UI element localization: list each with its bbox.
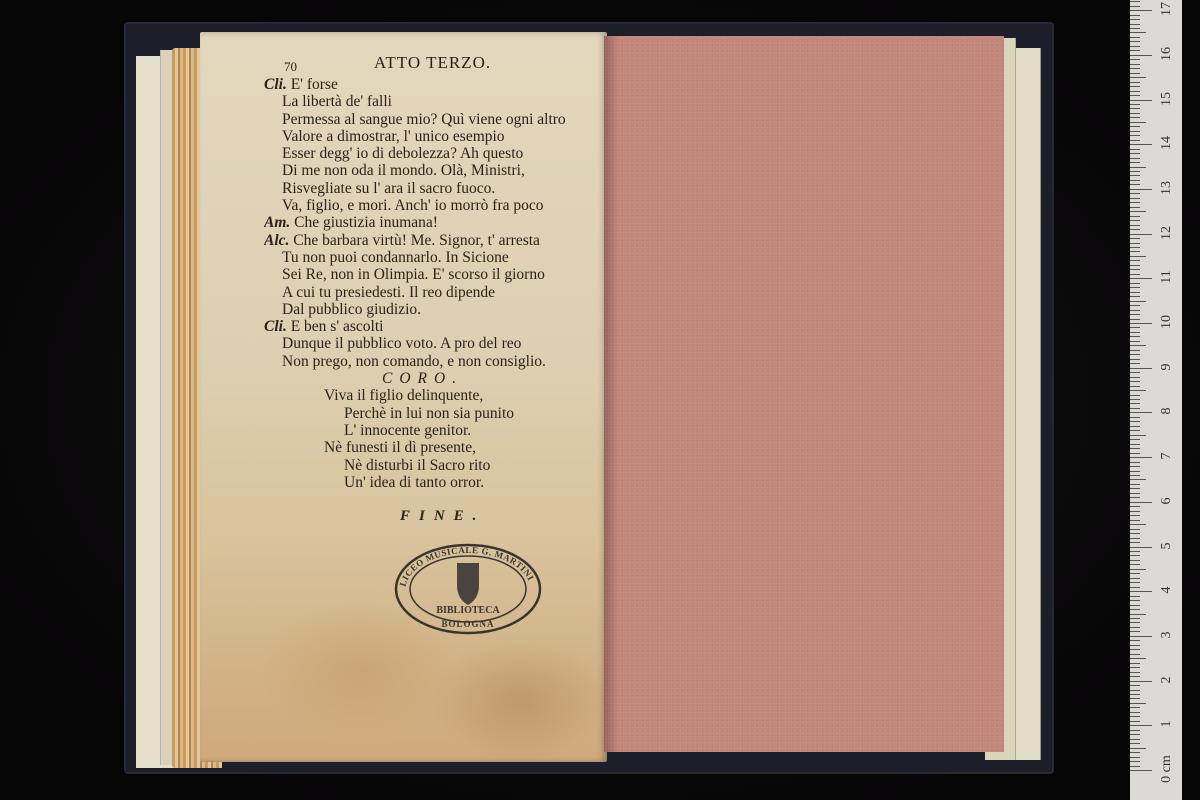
line-text: Tu non puoi condannarlo. In Sicione: [282, 249, 509, 266]
chorus-line: Viva il figlio delinquente,: [264, 387, 608, 404]
ruler-tick: [1130, 497, 1140, 498]
water-stain: [430, 640, 610, 760]
page-text: 70 ATTO TERZO. Cli. E' forseLa libertà d…: [264, 56, 608, 491]
ruler-label: 8: [1159, 396, 1175, 426]
line-text: Di me non oda il mondo. Olà, Ministri,: [282, 162, 525, 179]
ruler-tick: [1130, 15, 1140, 16]
ruler-label: 3: [1159, 620, 1175, 650]
ruler-tick: [1130, 685, 1140, 686]
scale-ruler: 0 cm1234567891011121314151617: [1130, 0, 1182, 800]
line-text: Sei Re, non in Olimpia. E' scorso il gio…: [282, 266, 545, 283]
ruler-tick: [1130, 278, 1152, 279]
ruler-tick: [1130, 305, 1140, 306]
ruler-label: 11: [1159, 262, 1175, 292]
ruler-tick: [1130, 24, 1140, 25]
text-line: Dunque il pubblico voto. A pro del reo: [264, 335, 608, 352]
chorus-line: Perchè in lui non sia punito: [264, 405, 608, 422]
ruler-tick: [1130, 269, 1140, 270]
ruler-tick: [1130, 6, 1140, 7]
text-line: Valore a dimostrar, l' unico esempio: [264, 128, 608, 145]
ruler-tick: [1130, 622, 1140, 623]
ruler-tick: [1130, 600, 1140, 601]
text-line: Di me non oda il mondo. Olà, Ministri,: [264, 162, 608, 179]
ruler-tick: [1130, 698, 1140, 699]
ruler-label: 1: [1159, 709, 1175, 739]
ruler-tick: [1130, 260, 1140, 261]
ruler-tick: [1130, 524, 1146, 525]
ruler-tick: [1130, 739, 1140, 740]
line-text: Esser degg' io di debolezza? Ah questo: [282, 145, 523, 162]
ruler-tick: [1130, 135, 1140, 136]
text-line: Tu non puoi condannarlo. In Sicione: [264, 249, 608, 266]
ruler-tick: [1130, 198, 1140, 199]
ruler-tick: [1130, 430, 1140, 431]
ruler-tick: [1130, 153, 1140, 154]
chorus-heading: CORO.: [264, 370, 608, 387]
line-text: Risvegliate su l' ara il sacro fuoco.: [282, 180, 495, 197]
ruler-tick: [1130, 462, 1140, 463]
ruler-tick: [1130, 488, 1140, 489]
speaker-label: Alc.: [264, 232, 289, 249]
ruler-tick: [1130, 569, 1146, 570]
ruler-tick: [1130, 703, 1146, 704]
chorus-line: Nè disturbi il Sacro rito: [264, 457, 608, 474]
ruler-label: 9: [1159, 352, 1175, 382]
ruler-tick: [1130, 663, 1140, 664]
pink-endpaper: [604, 36, 1004, 752]
text-line: A cui tu presiedesti. Il reo dipende: [264, 284, 608, 301]
line-text: Dal pubblico giudizio.: [282, 301, 421, 318]
ruler-tick: [1130, 560, 1140, 561]
ruler-tick: [1130, 654, 1140, 655]
ruler-tick: [1130, 207, 1140, 208]
ruler-tick: [1130, 381, 1140, 382]
ruler-tick: [1130, 752, 1140, 753]
ruler-label: 6: [1159, 486, 1175, 516]
ruler-tick: [1130, 283, 1140, 284]
ruler-tick: [1130, 551, 1140, 552]
svg-text:BIBLIOTECA: BIBLIOTECA: [436, 605, 500, 616]
end-mark: FINE.: [400, 508, 485, 525]
ruler-tick: [1130, 131, 1140, 132]
page-number: 70: [284, 58, 297, 75]
ruler-tick: [1130, 234, 1152, 235]
ruler-tick: [1130, 216, 1140, 217]
text-line: Alc. Che barbara virtù! Me. Signor, t' a…: [264, 232, 608, 249]
ruler-tick: [1130, 59, 1140, 60]
dialogue-lines: Cli. E' forseLa libertà de' falliPermess…: [264, 76, 608, 370]
ruler-tick: [1130, 287, 1140, 288]
ruler-tick: [1130, 372, 1140, 373]
ruler-tick: [1130, 766, 1140, 767]
line-text: Permessa al sangue mio? Quì viene ogni a…: [282, 111, 566, 128]
line-text: Che barbara virtù! Me. Signor, t' arrest…: [289, 232, 540, 249]
ruler-tick: [1130, 336, 1140, 337]
ruler-tick: [1130, 520, 1140, 521]
text-line: Risvegliate su l' ara il sacro fuoco.: [264, 180, 608, 197]
ruler-tick: [1130, 707, 1140, 708]
ruler-tick: [1130, 676, 1140, 677]
ruler-tick: [1130, 225, 1140, 226]
ruler-tick: [1130, 506, 1140, 507]
text-line: Non prego, non comando, e non consiglio.: [264, 353, 608, 370]
ruler-tick: [1130, 640, 1140, 641]
ruler-tick: [1130, 578, 1140, 579]
ruler-tick: [1130, 82, 1140, 83]
ruler-tick: [1130, 757, 1140, 758]
ruler-tick: [1130, 55, 1152, 56]
line-text: E' forse: [287, 76, 338, 93]
ruler-tick: [1130, 314, 1140, 315]
ruler-tick: [1130, 95, 1140, 96]
ruler-tick: [1130, 515, 1140, 516]
ruler-tick: [1130, 493, 1140, 494]
ruler-tick: [1130, 681, 1152, 682]
ruler-tick: [1130, 28, 1140, 29]
ruler-tick: [1130, 426, 1140, 427]
chorus-line: L' innocente genitor.: [264, 422, 608, 439]
svg-text:BOLOGNA: BOLOGNA: [441, 619, 494, 629]
ruler-tick: [1130, 229, 1140, 230]
ruler-tick: [1130, 180, 1140, 181]
ruler-tick: [1130, 564, 1140, 565]
ruler-tick: [1130, 542, 1140, 543]
ruler-label: 17: [1159, 0, 1175, 24]
ruler-tick: [1130, 712, 1140, 713]
ruler-tick: [1130, 412, 1152, 413]
text-line: Esser degg' io di debolezza? Ah questo: [264, 145, 608, 162]
ruler-tick: [1130, 734, 1140, 735]
ruler-tick: [1130, 274, 1140, 275]
ruler-tick: [1130, 614, 1146, 615]
ruler-tick: [1130, 256, 1146, 257]
ruler-tick: [1130, 547, 1152, 548]
line-text: A cui tu presiedesti. Il reo dipende: [282, 284, 495, 301]
ruler-tick: [1130, 167, 1146, 168]
line-text: Non prego, non comando, e non consiglio.: [282, 353, 546, 370]
ruler-tick: [1130, 649, 1140, 650]
ruler-tick: [1130, 341, 1140, 342]
ruler-tick: [1130, 529, 1140, 530]
ruler-label: 12: [1159, 218, 1175, 248]
ruler-tick: [1130, 395, 1140, 396]
ruler-tick: [1130, 220, 1140, 221]
running-head: ATTO TERZO.: [374, 56, 491, 71]
ruler-tick: [1130, 573, 1140, 574]
ruler-tick: [1130, 448, 1140, 449]
text-line: Cli. E' forse: [264, 76, 608, 93]
ruler-tick: [1130, 1, 1140, 2]
ruler-tick: [1130, 399, 1140, 400]
ruler-tick: [1130, 162, 1140, 163]
chorus-line: Un' idea di tanto orror.: [264, 474, 608, 491]
ruler-tick: [1130, 64, 1140, 65]
ruler-tick: [1130, 582, 1140, 583]
ruler-tick: [1130, 292, 1140, 293]
ruler-tick: [1130, 743, 1140, 744]
ruler-tick: [1130, 108, 1140, 109]
ruler-tick: [1130, 149, 1140, 150]
line-text: Va, figlio, e mori. Anch' io morrò fra p…: [282, 197, 544, 214]
ruler-tick: [1130, 377, 1140, 378]
text-line: Sei Re, non in Olimpia. E' scorso il gio…: [264, 266, 608, 283]
library-stamp: LICEO MUSICALE G. MARTINI BIBLIOTECA BOL…: [393, 541, 543, 637]
ruler-tick: [1130, 672, 1140, 673]
text-line: Am. Che giustizia inumana!: [264, 214, 608, 231]
ruler-tick: [1130, 363, 1140, 364]
ruler-tick: [1130, 730, 1140, 731]
ruler-tick: [1130, 748, 1146, 749]
ruler-tick: [1130, 770, 1152, 771]
ruler-tick: [1130, 591, 1152, 592]
ruler-tick: [1130, 444, 1140, 445]
ruler-label: 14: [1159, 128, 1175, 158]
ruler-tick: [1130, 368, 1152, 369]
ruler-tick: [1130, 247, 1140, 248]
line-text: La libertà de' falli: [282, 93, 392, 110]
ruler-tick: [1130, 609, 1140, 610]
ruler-tick: [1130, 511, 1140, 512]
ruler-tick: [1130, 296, 1140, 297]
speaker-label: Am.: [264, 214, 290, 231]
ruler-tick: [1130, 403, 1140, 404]
ruler-tick: [1130, 538, 1140, 539]
ruler-tick: [1130, 126, 1140, 127]
ruler-tick: [1130, 439, 1140, 440]
ruler-tick: [1130, 475, 1140, 476]
ruler-tick: [1130, 193, 1140, 194]
ruler-tick: [1130, 171, 1140, 172]
ruler-tick: [1130, 694, 1140, 695]
ruler-tick: [1130, 502, 1152, 503]
ruler-tick: [1130, 596, 1140, 597]
ruler-tick: [1130, 359, 1140, 360]
ruler-tick: [1130, 19, 1140, 20]
ruler-tick: [1130, 479, 1146, 480]
ruler-tick: [1130, 319, 1140, 320]
ruler-tick: [1130, 140, 1140, 141]
ruler-tick: [1130, 350, 1140, 351]
ruler-tick: [1130, 386, 1140, 387]
ruler-tick: [1130, 354, 1140, 355]
ruler-tick: [1130, 243, 1140, 244]
text-line: Permessa al sangue mio? Quì viene ogni a…: [264, 111, 608, 128]
ruler-tick: [1130, 265, 1140, 266]
ruler-label: 15: [1159, 84, 1175, 114]
ruler-tick: [1130, 184, 1140, 185]
ruler-tick: [1130, 605, 1140, 606]
ruler-tick: [1130, 587, 1140, 588]
ruler-tick: [1130, 122, 1146, 123]
ruler-tick: [1130, 636, 1152, 637]
text-line: Dal pubblico giudizio.: [264, 301, 608, 318]
ruler-tick: [1130, 345, 1146, 346]
coat-of-arms-icon: [457, 563, 479, 605]
ruler-label: 13: [1159, 173, 1175, 203]
ruler-tick: [1130, 658, 1146, 659]
ruler-tick: [1130, 618, 1140, 619]
ruler-tick: [1130, 46, 1140, 47]
line-text: Dunque il pubblico voto. A pro del reo: [282, 335, 521, 352]
ruler-tick: [1130, 211, 1146, 212]
ruler-tick: [1130, 471, 1140, 472]
ruler-tick: [1130, 533, 1140, 534]
ruler-tick: [1130, 332, 1140, 333]
ruler-tick: [1130, 721, 1140, 722]
ruler-label: 2: [1159, 665, 1175, 695]
ruler-label: 5: [1159, 531, 1175, 561]
ruler-tick: [1130, 117, 1140, 118]
ruler-tick: [1130, 73, 1140, 74]
ruler-tick: [1130, 716, 1140, 717]
ruler-tick: [1130, 484, 1140, 485]
ruler-tick: [1130, 104, 1140, 105]
ruler-tick: [1130, 323, 1152, 324]
ruler-tick: [1130, 725, 1152, 726]
text-line: Va, figlio, e mori. Anch' io morrò fra p…: [264, 197, 608, 214]
ruler-label: 16: [1159, 39, 1175, 69]
ruler-label: 0 cm: [1159, 754, 1175, 784]
ruler-tick: [1130, 68, 1140, 69]
line-text: Valore a dimostrar, l' unico esempio: [282, 128, 505, 145]
ruler-tick: [1130, 421, 1140, 422]
ruler-tick: [1130, 100, 1152, 101]
chorus-lines: Viva il figlio delinquente,Perchè in lui…: [264, 387, 608, 491]
line-text: E ben s' ascolti: [287, 318, 384, 335]
ruler-tick: [1130, 91, 1140, 92]
ruler-tick: [1130, 408, 1140, 409]
ruler-label: 7: [1159, 441, 1175, 471]
ruler-tick: [1130, 555, 1140, 556]
ruler-tick: [1130, 113, 1140, 114]
ruler-tick: [1130, 466, 1140, 467]
ruler-tick: [1130, 627, 1140, 628]
ruler-tick: [1130, 645, 1140, 646]
ruler-tick: [1130, 631, 1140, 632]
ruler-tick: [1130, 10, 1152, 11]
ruler-tick: [1130, 251, 1140, 252]
ruler-label: 10: [1159, 307, 1175, 337]
ruler-tick: [1130, 32, 1146, 33]
ruler-tick: [1130, 667, 1140, 668]
ruler-tick: [1130, 37, 1140, 38]
ruler-tick: [1130, 238, 1140, 239]
speaker-label: Cli.: [264, 76, 287, 93]
ruler-label: 4: [1159, 575, 1175, 605]
speaker-label: Cli.: [264, 318, 287, 335]
ruler-tick: [1130, 390, 1146, 391]
running-header: 70 ATTO TERZO.: [264, 56, 608, 76]
ruler-tick: [1130, 435, 1146, 436]
ruler-tick: [1130, 453, 1140, 454]
text-line: La libertà de' falli: [264, 93, 608, 110]
ruler-tick: [1130, 327, 1140, 328]
ruler-tick: [1130, 158, 1140, 159]
ruler-tick: [1130, 86, 1140, 87]
ruler-tick: [1130, 144, 1152, 145]
ruler-tick: [1130, 301, 1146, 302]
ruler-tick: [1130, 77, 1146, 78]
ruler-tick: [1130, 690, 1140, 691]
ruler-tick: [1130, 189, 1152, 190]
ruler-tick: [1130, 761, 1140, 762]
ruler-tick: [1130, 175, 1140, 176]
ruler-tick: [1130, 310, 1140, 311]
ruler-tick: [1130, 50, 1140, 51]
line-text: Che giustizia inumana!: [290, 214, 438, 231]
text-line: Cli. E ben s' ascolti: [264, 318, 608, 335]
ruler-tick: [1130, 417, 1140, 418]
ruler-tick: [1130, 457, 1152, 458]
ruler-tick: [1130, 41, 1140, 42]
ruler-tick: [1130, 202, 1140, 203]
chorus-line: Nè funesti il dì presente,: [264, 439, 608, 456]
